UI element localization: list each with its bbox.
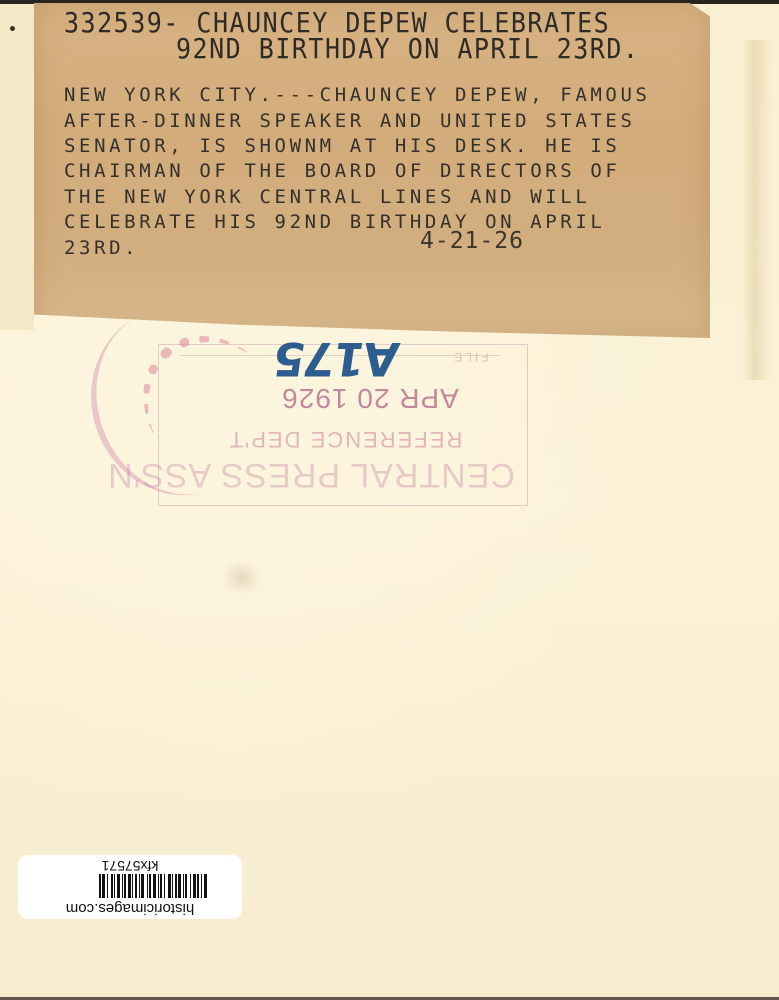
- label-site: historicimages.com: [18, 900, 242, 917]
- stamp-organization: CENTRAL PRESS ASS'N: [170, 455, 515, 494]
- caption-body-line: CHAIRMAN OF THE BOARD OF DIRECTORS OF: [64, 160, 620, 182]
- stamp-file-label: FILE: [435, 350, 505, 364]
- label-id: kfx57571: [18, 858, 242, 874]
- caption-body-line: THE NEW YORK CENTRAL LINES AND WILL: [64, 186, 590, 208]
- barcode-label: historicimages.com kfx57571: [18, 855, 242, 919]
- stamp-date: APR 20 1926: [280, 382, 460, 414]
- caption-body-line: AFTER-DINNER SPEAKER AND UNITED STATES: [64, 110, 635, 132]
- caption-body-line: SENATOR, IS SHOWNM AT HIS DESK. HE IS: [64, 135, 620, 157]
- glue-stain: [742, 40, 772, 380]
- pin-hole: [10, 26, 15, 31]
- smudge: [222, 560, 262, 595]
- caption-body-line: NEW YORK CITY.---CHAUNCEY DEPEW, FAMOUS: [64, 84, 651, 106]
- barcode-icon: [57, 874, 207, 898]
- caption-headline-line-2: 92ND BIRTHDAY ON APRIL 23RD.: [176, 33, 639, 65]
- caption-body-line: 23RD.: [64, 237, 139, 259]
- photo-edge-strip: [0, 0, 34, 330]
- caption-date: 4-21-26: [420, 228, 524, 254]
- caption-body-line: CELEBRATE HIS 92ND BIRTHDAY ON APRIL: [64, 211, 605, 233]
- handwritten-file-number: A175: [258, 332, 416, 386]
- stamp-department: REFERENCE DEP'T: [220, 426, 470, 452]
